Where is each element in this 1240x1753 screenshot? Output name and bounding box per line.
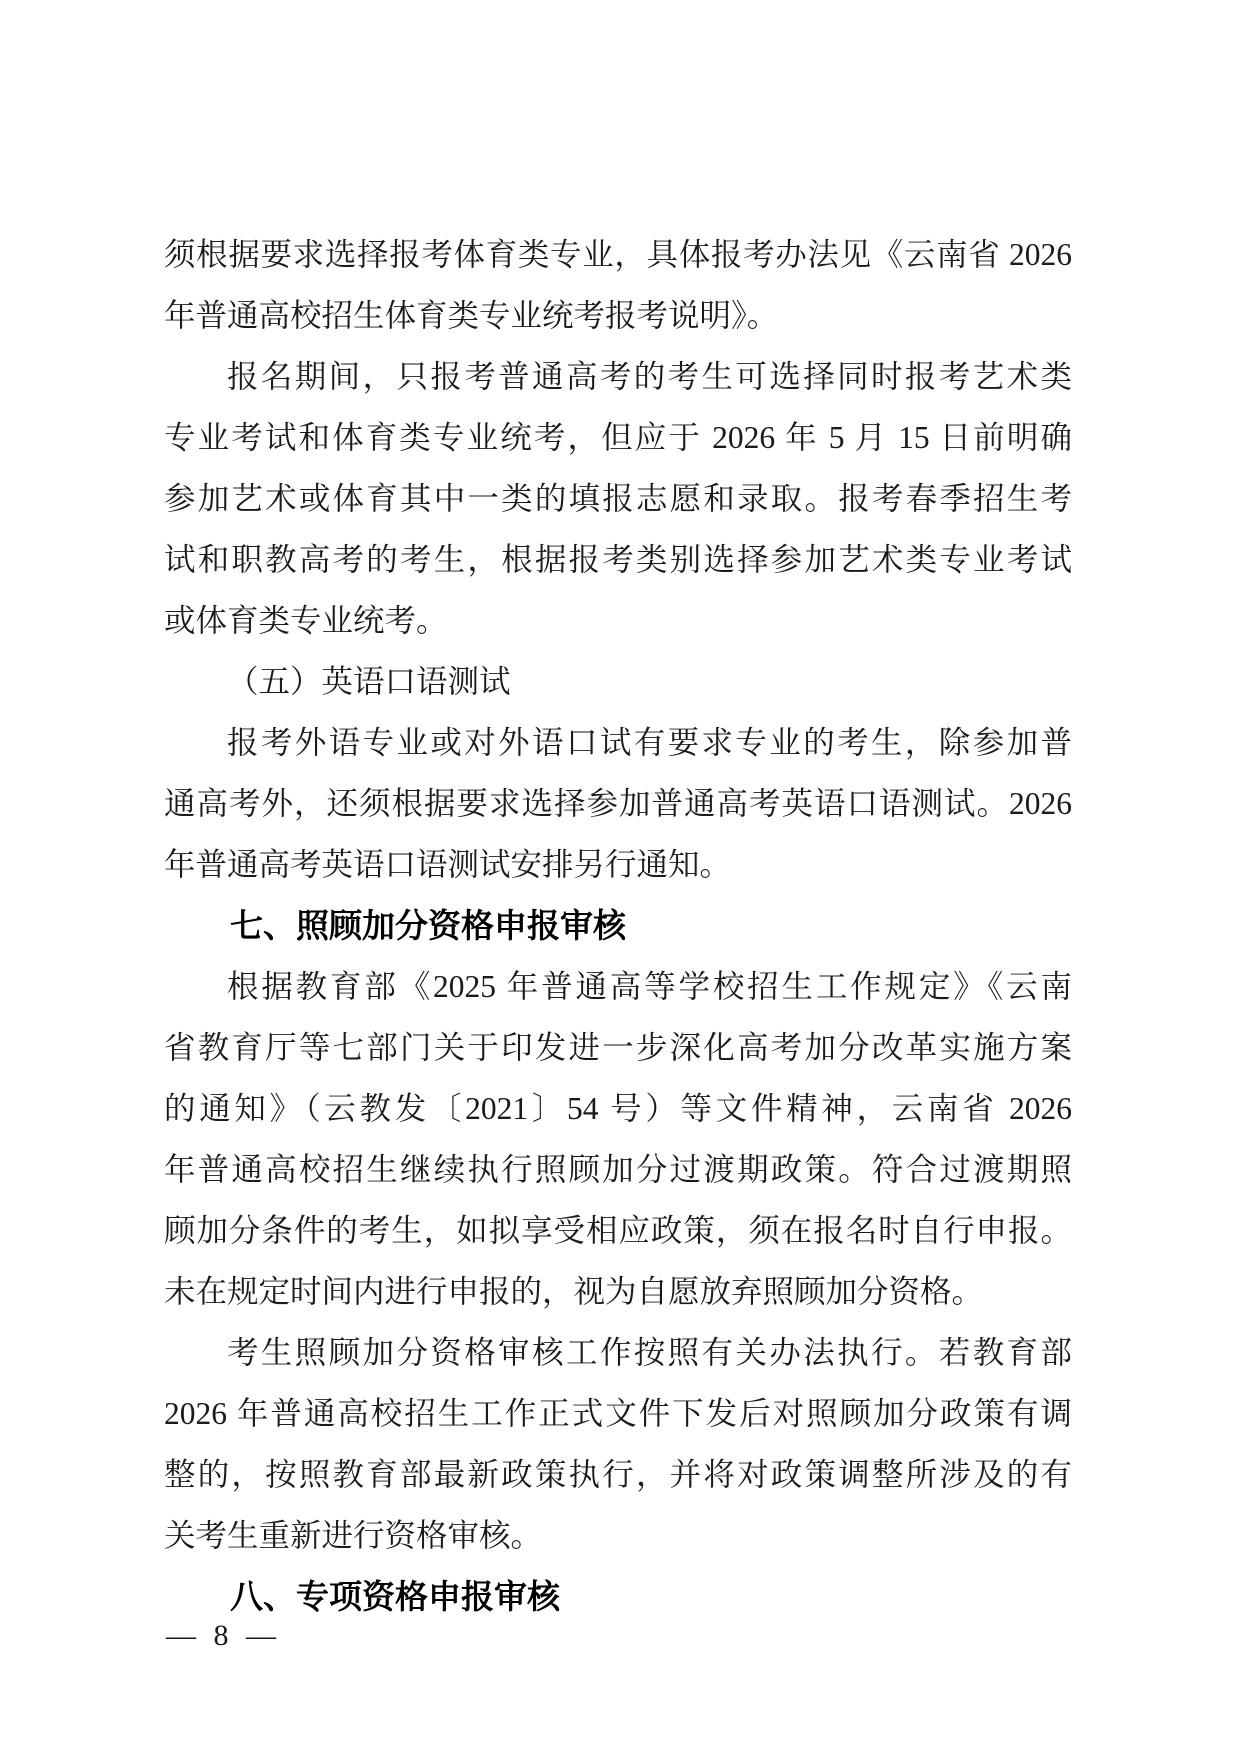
text-line: 2026 年普通高校招生工作正式文件下发后对照顾加分政策有调 xyxy=(164,1383,1072,1444)
page-footer: — 8 — xyxy=(166,1618,276,1654)
text-line: 的通知》（云教发〔2021〕54 号）等文件精神，云南省 2026 xyxy=(164,1078,1072,1139)
text-line: 考生照顾加分资格审核工作按照有关办法执行。若教育部 xyxy=(164,1322,1072,1383)
text-line: 试和职教高考的考生，根据报考类别选择参加艺术类专业考试 xyxy=(164,529,1072,590)
text-line: 通高考外，还须根据要求选择参加普通高考英语口语测试。2026 xyxy=(164,773,1072,834)
text-line: 年普通高校招生继续执行照顾加分过渡期政策。符合过渡期照 xyxy=(164,1139,1072,1200)
text-line: 或体育类专业统考。 xyxy=(164,590,1072,651)
document-body: 须根据要求选择报考体育类专业，具体报考办法见《云南省 2026 年普通高校招生体… xyxy=(164,224,1072,1627)
text-line: 根据教育部《2025 年普通高等学校招生工作规定》《云南 xyxy=(164,956,1072,1017)
page-number: — 8 — xyxy=(166,1619,276,1652)
text-line: 年普通高考英语口语测试安排另行通知。 xyxy=(164,834,1072,895)
text-line: 年普通高校招生体育类专业统考报考说明》。 xyxy=(164,285,1072,346)
sub-heading-5: （五）英语口语测试 xyxy=(164,651,1072,712)
text-line: 未在规定时间内进行申报的，视为自愿放弃照顾加分资格。 xyxy=(164,1261,1072,1322)
document-page: 须根据要求选择报考体育类专业，具体报考办法见《云南省 2026 年普通高校招生体… xyxy=(0,0,1240,1753)
text-line: 报名期间，只报考普通高考的考生可选择同时报考艺术类 xyxy=(164,346,1072,407)
section-heading-7: 七、照顾加分资格申报审核 xyxy=(164,895,1072,956)
text-line: 须根据要求选择报考体育类专业，具体报考办法见《云南省 2026 xyxy=(164,224,1072,285)
text-line: 参加艺术或体育其中一类的填报志愿和录取。报考春季招生考 xyxy=(164,468,1072,529)
text-line: 顾加分条件的考生，如拟享受相应政策，须在报名时自行申报。 xyxy=(164,1200,1072,1261)
text-line: 专业考试和体育类专业统考，但应于 2026 年 5 月 15 日前明确 xyxy=(164,407,1072,468)
text-line: 省教育厅等七部门关于印发进一步深化高考加分改革实施方案 xyxy=(164,1017,1072,1078)
section-heading-8: 八、专项资格申报审核 xyxy=(164,1566,1072,1627)
text-line: 整的，按照教育部最新政策执行，并将对政策调整所涉及的有 xyxy=(164,1444,1072,1505)
text-line: 报考外语专业或对外语口试有要求专业的考生，除参加普 xyxy=(164,712,1072,773)
text-line: 关考生重新进行资格审核。 xyxy=(164,1505,1072,1566)
